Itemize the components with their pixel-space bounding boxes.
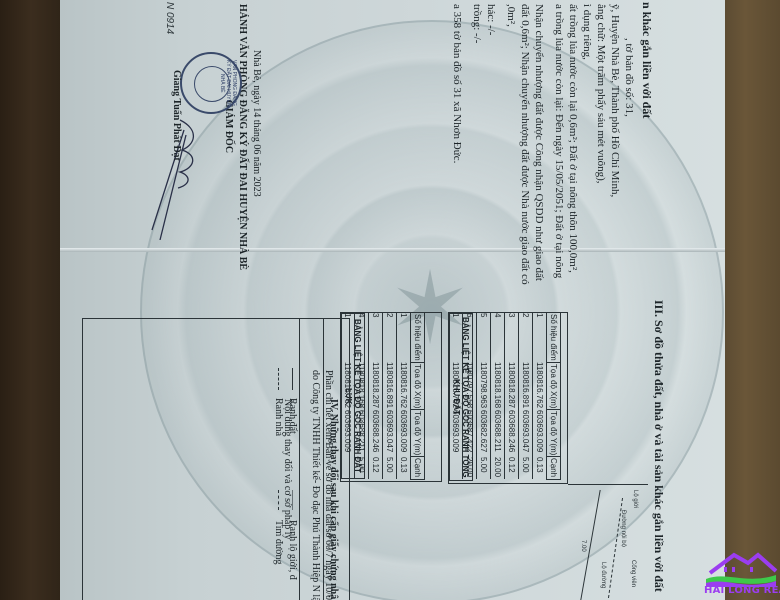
table-cell <box>449 457 463 479</box>
table-cell: 0.12 <box>369 457 383 479</box>
table-cell: 2 <box>519 313 533 363</box>
house-logo-icon <box>700 545 780 587</box>
table-cell: 5.00 <box>355 457 369 479</box>
map-label: Lộ giới <box>632 490 638 508</box>
table-row: 11180816.762603693.009 <box>449 313 463 480</box>
table-cell: 0.12 <box>505 457 519 479</box>
table-cell: 3 <box>505 313 519 363</box>
text-line: ì dụng riêng, <box>580 4 593 60</box>
text-line: ất trồng lúa nước còn lại 0,6m²; Đất ở t… <box>566 4 579 273</box>
table-cell: 1180816.762 <box>449 362 463 409</box>
paper-fold <box>60 248 725 252</box>
table-cell: 1 <box>449 313 463 363</box>
table-header-cell: Tọa độ X(m) <box>411 362 425 409</box>
text-line: a trồng lúa nước còn lại: Đến ngày 15/05… <box>552 4 565 278</box>
logo-brand-text: HAI LONG REAL <box>704 585 780 596</box>
coordinates-table-total-body: Số hiệu điểmTọa độ X(m)Tọa độ Y(m)Cạnh11… <box>448 312 546 482</box>
table-row: 11180816.762603693.0090.13 <box>397 313 411 480</box>
signer-name: Giang Tuấn Phát Đạt <box>170 70 183 161</box>
table-cell: 3 <box>369 313 383 363</box>
table-cell: 603682.627 <box>477 410 491 457</box>
table-cell: 0.13 <box>533 457 547 479</box>
table-cell: 1 <box>533 313 547 363</box>
coordinate-table: Số hiệu điểmTọa độ X(m)Tọa độ Y(m)Cạnh11… <box>340 312 425 480</box>
table-cell: 603693.009 <box>533 410 547 457</box>
table-cell: 1180816.762 <box>533 362 547 409</box>
table-header-cell: Số hiệu điểm <box>411 313 425 363</box>
table-row: 31180818.287603688.2460.12 <box>369 313 383 480</box>
certificate-paper: ✶ N 0914 n khác gắn liền với đất , tờ bả… <box>60 0 725 600</box>
coordinate-table: Số hiệu điểmTọa độ X(m)Tọa độ Y(m)Cạnh11… <box>448 312 561 480</box>
text-line: a 358 tờ bản đồ số 31 xã Nhơn Đức. <box>450 4 463 163</box>
table-cell: 603688.246 <box>369 410 383 457</box>
text-line: ỹ, Huyện Nhà Bè, Thành phố Hồ Chí Minh, <box>608 4 621 197</box>
table-header-cell: Cạnh <box>411 457 425 479</box>
map-dimension: 7.00 <box>580 540 586 552</box>
table-row: 41180818.168603688.21120.00 <box>491 313 505 480</box>
text-line: ằng chữ: Một trăm phẩy sáu mét vuông), <box>594 4 607 183</box>
map-label: Cống viên <box>630 560 636 587</box>
table-cell: 20.00 <box>463 457 477 479</box>
section-4-title: IV. Những thay đổi sau khi cấp giấy chứn… <box>327 399 340 599</box>
table-cell: 603688.246 <box>505 410 519 457</box>
table-cell: 603693.009 <box>449 410 463 457</box>
table-cell: 5.00 <box>383 457 397 479</box>
hai-long-real-logo: HAI LONG REAL <box>700 545 780 600</box>
table-row: 21180816.891603693.0475.00 <box>383 313 397 480</box>
wood-background-left <box>0 0 62 600</box>
map-boundary <box>568 484 648 485</box>
table-cell: 1180797.558 <box>463 362 477 409</box>
table-header-cell: Cạnh <box>547 457 561 479</box>
table-cell: 603688.211 <box>355 410 369 457</box>
table-cell: 5 <box>477 313 491 363</box>
table-row: 31180818.287603688.2460.12 <box>505 313 519 480</box>
map-label: Lộ đường <box>600 562 606 588</box>
coordinates-table-lot-body: Số hiệu điểmTọa độ X(m)Tọa độ Y(m)Cạnh11… <box>340 312 422 480</box>
table-row: 61180797.558603687.42220.00 <box>463 313 477 480</box>
table-header-cell: Tọa độ Y(m) <box>547 410 561 457</box>
text-line: Nhận chuyển nhượng đất được Công nhận QS… <box>532 4 545 281</box>
issuing-office: HÁNH VĂN PHÒNG ĐĂNG KÝ ĐẤT ĐAI HUYỆN NHÀ… <box>236 4 249 270</box>
table-cell: 1180818.168 <box>355 362 369 409</box>
text-line: , tờ bản đồ số: 31, <box>622 38 635 117</box>
table-cell: 0.13 <box>397 457 411 479</box>
table-cell: 603693.047 <box>383 410 397 457</box>
table-header-cell: Tọa độ X(m) <box>547 362 561 409</box>
sign-place-date: Nhà Bè, ngày 14 tháng 06 năm 2023 <box>250 50 263 197</box>
table-header-cell: Số hiệu điểm <box>547 313 561 363</box>
table-cell: 1180818.168 <box>491 362 505 409</box>
table-row: 41180818.168603688.2115.00 <box>355 313 369 480</box>
table-cell: 1180818.287 <box>505 362 519 409</box>
table-row: 11180816.762603693.0090.13 <box>533 313 547 480</box>
text-line: đất 0,6m²; Nhận chuyển nhượng đất được N… <box>518 4 531 285</box>
table-cell: 603687.422 <box>463 410 477 457</box>
section-4-column-header: Nội dung thay đổi và cơ sở pháp lý <box>281 399 294 540</box>
section-4-divider <box>299 319 300 600</box>
table-cell: 1180816.762 <box>397 362 411 409</box>
table-cell: 6 <box>463 313 477 363</box>
table-cell: 4 <box>491 313 505 363</box>
section-4-box: IV. Những thay đổi sau khi cấp giấy chứn… <box>82 318 350 600</box>
table-cell: 1180816.891 <box>383 362 397 409</box>
table-cell: 5.00 <box>519 457 533 479</box>
table-cell: 1180816.891 <box>519 362 533 409</box>
table-cell: 5.00 <box>477 457 491 479</box>
table-cell: 2 <box>383 313 397 363</box>
map-label: Đường nội bộ <box>620 510 626 547</box>
table-row: 51180798.963603682.6275.00 <box>477 313 491 480</box>
table-header-row: Số hiệu điểmTọa độ X(m)Tọa độ Y(m)Cạnh <box>411 313 425 480</box>
table-cell: 603693.009 <box>397 410 411 457</box>
table-header-cell: Tọa độ Y(m) <box>411 410 425 457</box>
table-row: 21180816.891603693.0475.00 <box>519 313 533 480</box>
text-line: hác: -/- <box>484 4 497 35</box>
table-cell: 603693.047 <box>519 410 533 457</box>
section-2-header: n khác gắn liền với đất <box>640 2 653 118</box>
text-line: trồng: -/- <box>470 4 483 43</box>
section-4-divider <box>323 319 324 600</box>
table-header-row: Số hiệu điểmTọa độ X(m)Tọa độ Y(m)Cạnh <box>547 313 561 480</box>
table-cell: 20.00 <box>491 457 505 479</box>
table-cell: 1 <box>397 313 411 363</box>
table-cell: 1180798.963 <box>477 362 491 409</box>
section-3-title: III. Sơ đồ thửa đất, nhà ở và tài sản kh… <box>652 300 665 592</box>
wood-background-right <box>722 0 780 600</box>
table-cell: 1180818.287 <box>369 362 383 409</box>
table-cell: 4 <box>355 313 369 363</box>
text-line: ,0m², <box>504 4 517 27</box>
table-cell: 603688.211 <box>491 410 505 457</box>
serial-number: N 0914 <box>164 2 175 34</box>
